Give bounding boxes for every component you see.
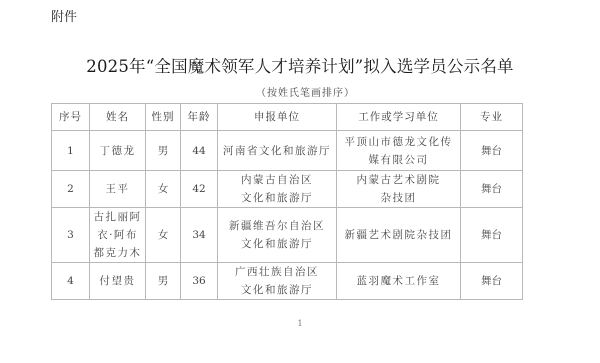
cell-index: 1 [52, 131, 90, 171]
cell-gender: 男 [146, 131, 181, 171]
header-name: 姓名 [90, 104, 146, 131]
cell-age: 44 [181, 131, 218, 171]
page-number: 1 [0, 319, 600, 328]
table-header-row: 序号 姓名 性别 年龄 申报单位 工作或学习单位 专业 [52, 104, 523, 131]
candidate-table: 序号 姓名 性别 年龄 申报单位 工作或学习单位 专业 1 丁德龙 男 44 河… [51, 103, 523, 300]
header-applicant-unit: 申报单位 [218, 104, 337, 131]
cell-age: 34 [181, 208, 218, 263]
cell-name: 付望贵 [90, 263, 146, 300]
cell-work-unit: 新疆艺术剧院杂技团 [337, 208, 461, 263]
header-gender: 性别 [146, 104, 181, 131]
header-work-unit: 工作或学习单位 [337, 104, 461, 131]
cell-gender: 女 [146, 208, 181, 263]
cell-name: 古扎丽阿衣·阿布都克力木 [90, 208, 146, 263]
cell-major: 舞台 [461, 263, 523, 300]
cell-index: 3 [52, 208, 90, 263]
cell-work-unit: 平顶山市德龙文化传媒有限公司 [337, 131, 461, 171]
cell-name: 王平 [90, 171, 146, 208]
cell-applicant-unit: 河南省文化和旅游厅 [218, 131, 337, 171]
cell-applicant-unit: 广西壮族自治区文化和旅游厅 [218, 263, 337, 300]
cell-work-unit: 内蒙古艺术剧院杂技团 [337, 171, 461, 208]
table-row: 2 王平 女 42 内蒙古自治区文化和旅游厅 内蒙古艺术剧院杂技团 舞台 [52, 171, 523, 208]
header-major: 专业 [461, 104, 523, 131]
table-row: 4 付望贵 男 36 广西壮族自治区文化和旅游厅 蓝羽魔术工作室 舞台 [52, 263, 523, 300]
cell-index: 2 [52, 171, 90, 208]
cell-age: 36 [181, 263, 218, 300]
table-row: 3 古扎丽阿衣·阿布都克力木 女 34 新疆维吾尔自治区文化和旅游厅 新疆艺术剧… [52, 208, 523, 263]
table-row: 1 丁德龙 男 44 河南省文化和旅游厅 平顶山市德龙文化传媒有限公司 舞台 [52, 131, 523, 171]
cell-major: 舞台 [461, 208, 523, 263]
document-title: 2025年“全国魔术领军人才培养计划”拟入选学员公示名单 [0, 53, 600, 77]
cell-work-unit: 蓝羽魔术工作室 [337, 263, 461, 300]
cell-gender: 女 [146, 171, 181, 208]
cell-index: 4 [52, 263, 90, 300]
cell-applicant-unit: 新疆维吾尔自治区文化和旅游厅 [218, 208, 337, 263]
header-age: 年龄 [181, 104, 218, 131]
cell-applicant-unit: 内蒙古自治区文化和旅游厅 [218, 171, 337, 208]
sort-note: （按姓氏笔画排序） [256, 84, 355, 99]
header-index: 序号 [52, 104, 90, 131]
cell-major: 舞台 [461, 131, 523, 171]
cell-major: 舞台 [461, 171, 523, 208]
cell-gender: 男 [146, 263, 181, 300]
cell-name: 丁德龙 [90, 131, 146, 171]
cell-age: 42 [181, 171, 218, 208]
attachment-label: 附件 [51, 6, 77, 25]
